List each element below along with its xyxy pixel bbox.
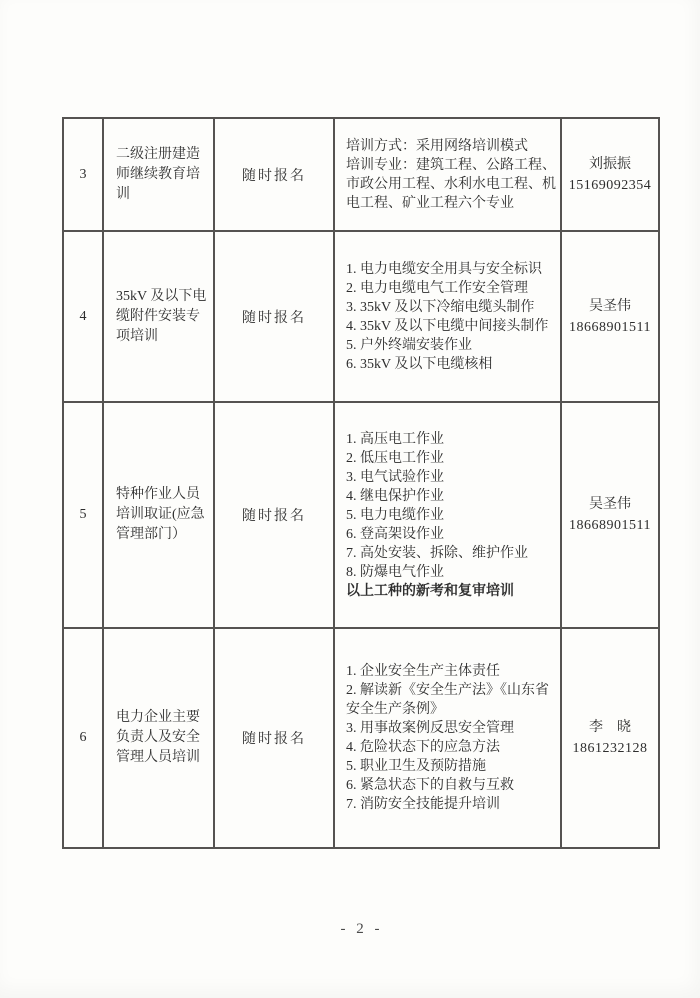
contact-phone: 15169092354 bbox=[562, 175, 658, 196]
contact-phone: 18668901511 bbox=[562, 317, 658, 338]
contact-cell: 吴圣伟 18668901511 bbox=[561, 231, 659, 402]
signup-status: 随时报名 bbox=[214, 118, 334, 231]
contact-phone: 18668901511 bbox=[562, 515, 658, 536]
row-number: 4 bbox=[63, 231, 103, 402]
course-name: 电力企业主要 负责人及安全 管理人员培训 bbox=[116, 708, 209, 768]
table-row: 3 二级注册建造 师继续教育培 训 随时报名 培训方式：采用网络培训模式 培训专… bbox=[63, 118, 659, 231]
course-name-cell: 特种作业人员 培训取证(应急 管理部门） bbox=[103, 402, 214, 628]
table-row: 6 电力企业主要 负责人及安全 管理人员培训 随时报名 1. 企业安全生产主体责… bbox=[63, 628, 659, 848]
contact-name: 吴圣伟 bbox=[562, 296, 658, 317]
contact-phone: 1861232128 bbox=[562, 738, 658, 759]
signup-status: 随时报名 bbox=[214, 628, 334, 848]
course-details-cell: 1. 高压电工作业 2. 低压电工作业 3. 电气试验作业 4. 继电保护作业 … bbox=[334, 402, 561, 628]
course-name-cell: 电力企业主要 负责人及安全 管理人员培训 bbox=[103, 628, 214, 848]
course-name: 35kV 及以下电 缆附件安装专 项培训 bbox=[116, 287, 209, 347]
page-number: - 2 - bbox=[62, 921, 658, 938]
course-name-cell: 二级注册建造 师继续教育培 训 bbox=[103, 118, 214, 231]
course-details-note: 以上工种的新考和复审培训 bbox=[346, 582, 558, 601]
document-page: 3 二级注册建造 师继续教育培 训 随时报名 培训方式：采用网络培训模式 培训专… bbox=[0, 0, 700, 998]
course-details: 培训方式：采用网络培训模式 培训专业：建筑工程、公路工程、 市政公用工程、水利水… bbox=[346, 137, 558, 213]
course-details: 1. 高压电工作业 2. 低压电工作业 3. 电气试验作业 4. 继电保护作业 … bbox=[346, 430, 558, 582]
course-details: 1. 电力电缆安全用具与安全标识 2. 电力电缆电气工作安全管理 3. 35kV… bbox=[346, 260, 558, 374]
course-name: 二级注册建造 师继续教育培 训 bbox=[116, 145, 209, 205]
table-row: 5 特种作业人员 培训取证(应急 管理部门） 随时报名 1. 高压电工作业 2.… bbox=[63, 402, 659, 628]
row-number: 5 bbox=[63, 402, 103, 628]
course-name: 特种作业人员 培训取证(应急 管理部门） bbox=[116, 485, 209, 545]
row-number: 3 bbox=[63, 118, 103, 231]
course-details-cell: 1. 企业安全生产主体责任 2. 解读新《安全生产法》《山东省 安全生产条例》 … bbox=[334, 628, 561, 848]
table-row: 4 35kV 及以下电 缆附件安装专 项培训 随时报名 1. 电力电缆安全用具与… bbox=[63, 231, 659, 402]
row-number: 6 bbox=[63, 628, 103, 848]
contact-name: 李 晓 bbox=[562, 717, 658, 738]
training-table: 3 二级注册建造 师继续教育培 训 随时报名 培训方式：采用网络培训模式 培训专… bbox=[62, 117, 660, 849]
contact-cell: 李 晓 1861232128 bbox=[561, 628, 659, 848]
course-details-cell: 1. 电力电缆安全用具与安全标识 2. 电力电缆电气工作安全管理 3. 35kV… bbox=[334, 231, 561, 402]
signup-status: 随时报名 bbox=[214, 402, 334, 628]
signup-status: 随时报名 bbox=[214, 231, 334, 402]
course-details-cell: 培训方式：采用网络培训模式 培训专业：建筑工程、公路工程、 市政公用工程、水利水… bbox=[334, 118, 561, 231]
contact-name: 吴圣伟 bbox=[562, 494, 658, 515]
contact-cell: 刘振振 15169092354 bbox=[561, 118, 659, 231]
contact-cell: 吴圣伟 18668901511 bbox=[561, 402, 659, 628]
course-name-cell: 35kV 及以下电 缆附件安装专 项培训 bbox=[103, 231, 214, 402]
contact-name: 刘振振 bbox=[562, 154, 658, 175]
course-details: 1. 企业安全生产主体责任 2. 解读新《安全生产法》《山东省 安全生产条例》 … bbox=[346, 662, 558, 814]
